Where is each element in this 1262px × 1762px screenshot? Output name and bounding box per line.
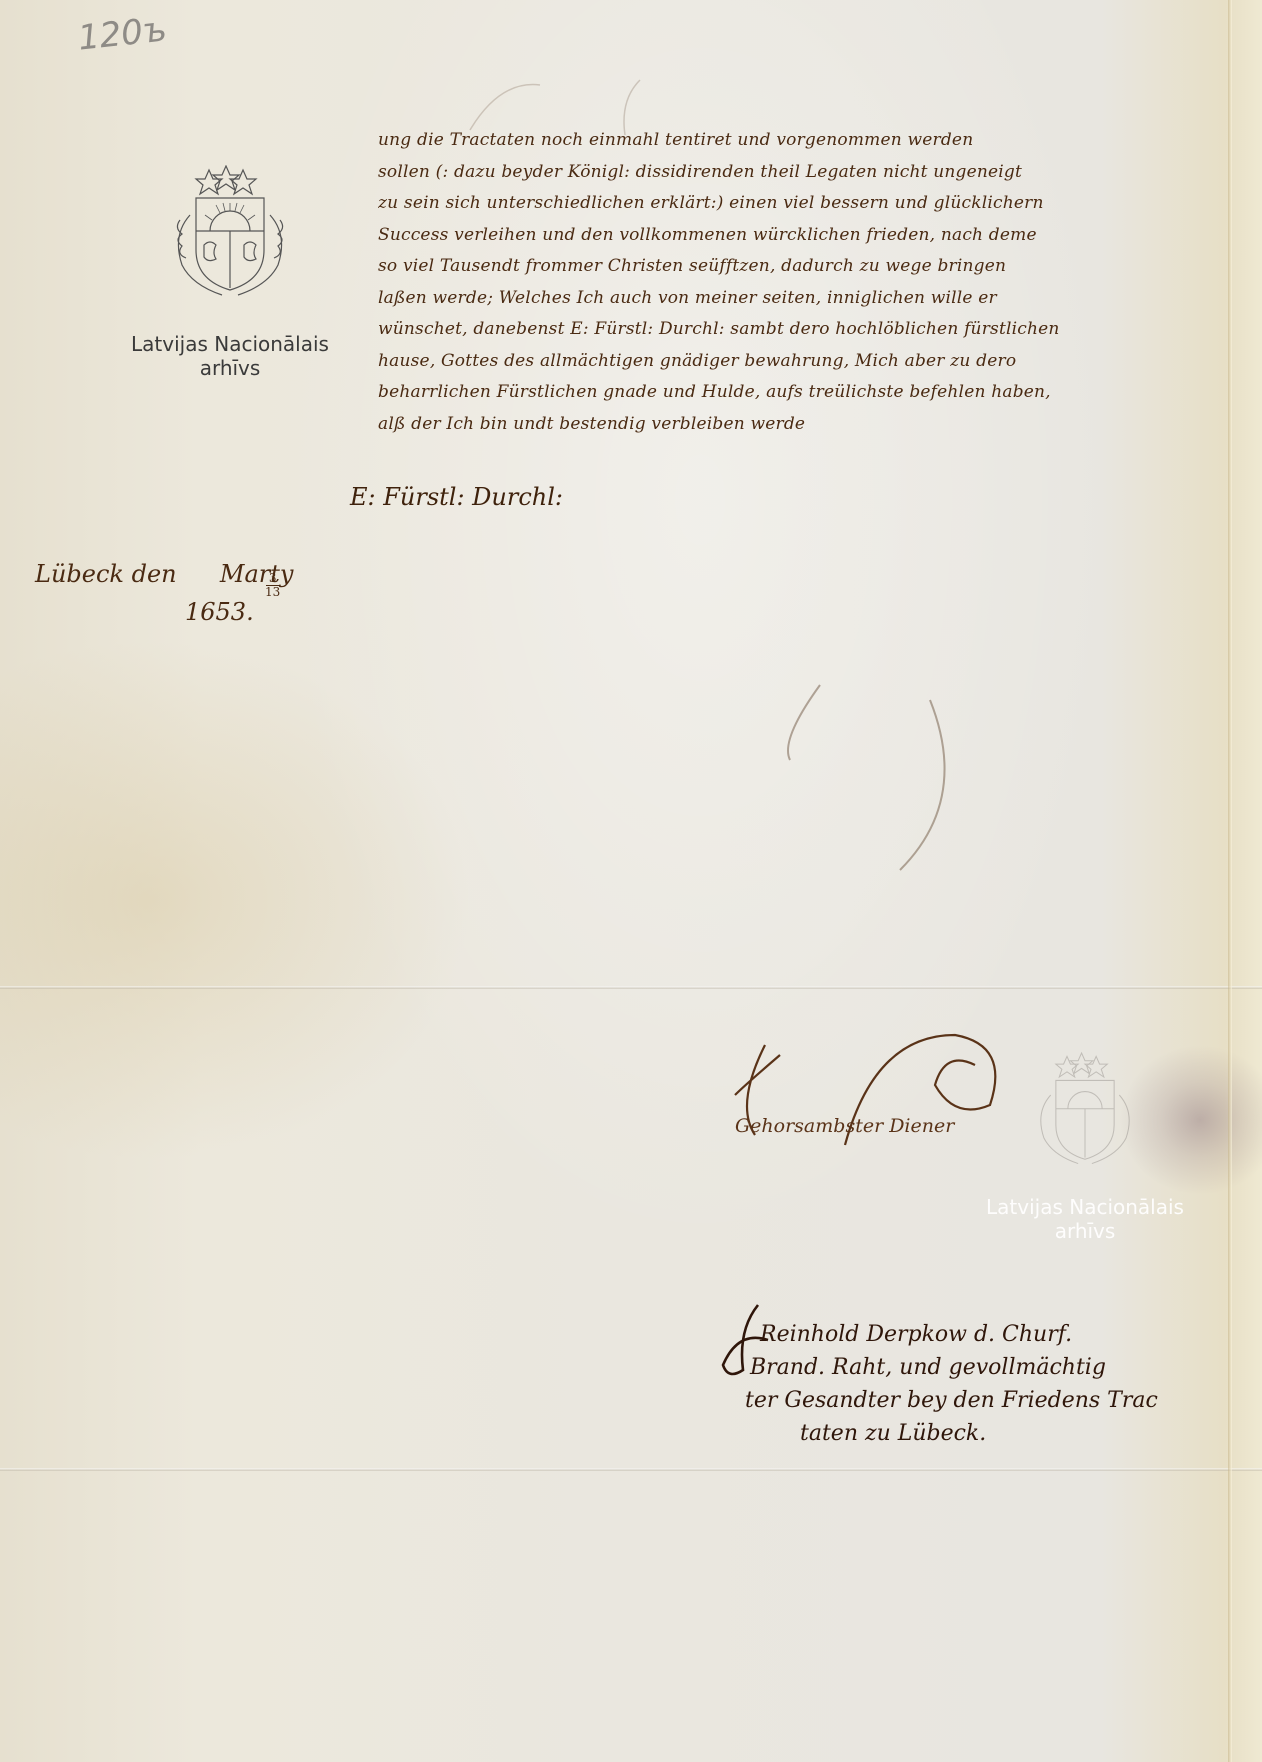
archive-watermark-bottom: Latvijas Nacionālais arhīvs <box>965 1195 1205 1243</box>
body-line: sollen (: dazu beyder Königl: dissidiren… <box>378 157 1238 189</box>
month: Marty <box>220 560 294 588</box>
body-line: Success verleihen und den vollkommenen w… <box>378 220 1238 252</box>
signature-line: Reinhold Derpkow d. Churf. <box>720 1318 1158 1351</box>
body-line: laßen werde; Welches Ich auch von meiner… <box>378 283 1238 315</box>
latvia-coat-of-arms-icon <box>160 165 300 300</box>
day-new-style: 13 <box>265 586 280 599</box>
folio-number: 120ъ <box>76 9 169 58</box>
place-text: Lübeck den <box>35 560 177 588</box>
body-line: hause, Gottes des allmächtigen gnädiger … <box>378 346 1238 378</box>
year: 1653. <box>185 598 254 626</box>
signature-line: ter Gesandter bey den Friedens Trac <box>720 1384 1158 1417</box>
archive-watermark-top: Latvijas Nacionālais arhīvs <box>110 165 350 380</box>
body-line: alß der Ich bin undt bestendig verbleibe… <box>378 409 1238 441</box>
body-line: so viel Tausendt frommer Christen seüfft… <box>378 251 1238 283</box>
pen-flourish-decoration <box>760 680 960 880</box>
salutation-closing: E: Fürstl: Durchl: <box>350 483 563 511</box>
manuscript-page: 120ъ <box>0 0 1262 1762</box>
place-date: Lübeck den Marty <box>35 560 293 588</box>
watermark-line2: arhīvs <box>965 1219 1205 1243</box>
paper-fold-horizontal-lower <box>0 1468 1262 1471</box>
letter-body: ung die Tractaten noch einmahl tentiret … <box>378 125 1238 440</box>
body-line: zu sein sich unterschiedlichen erklärt:)… <box>378 188 1238 220</box>
watermark-line1: Latvijas Nacionālais <box>110 332 350 356</box>
body-line: ung die Tractaten noch einmahl tentiret … <box>378 125 1238 157</box>
latvia-coat-of-arms-icon <box>1025 1045 1145 1175</box>
day-old-style: 3 <box>265 572 280 585</box>
date-fraction: 3 13 <box>265 572 280 599</box>
signature-line: taten zu Lübeck. <box>720 1417 1158 1450</box>
body-line: beharrlichen Fürstlichen gnade und Hulde… <box>378 377 1238 409</box>
watermark-line1: Latvijas Nacionālais <box>965 1195 1205 1219</box>
signature-line: Brand. Raht, und gevollmächtig <box>720 1351 1158 1384</box>
complimentary-close: Gehorsambster Diener <box>735 1115 954 1137</box>
paper-fold-horizontal <box>0 986 1262 989</box>
watermark-line2: arhīvs <box>110 356 350 380</box>
signature-block: Reinhold Derpkow d. Churf. Brand. Raht, … <box>720 1318 1158 1450</box>
body-line: wünschet, danebenst E: Fürstl: Durchl: s… <box>378 314 1238 346</box>
